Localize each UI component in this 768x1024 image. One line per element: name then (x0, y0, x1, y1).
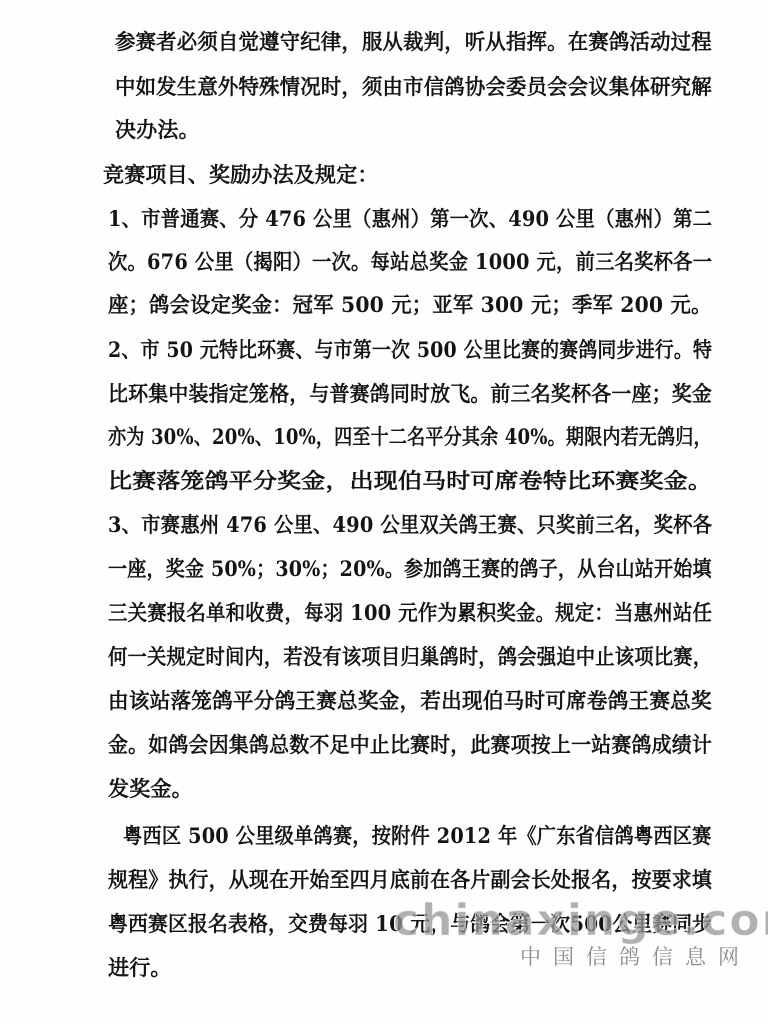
text-line: 粤西区 500 公里级单鸽赛，按附件 2012 年《广东省信鸽粤西区赛 (123, 822, 712, 850)
text-line: 亦为 30%、20%、10%，四至十二名平分其余 40%。期限内若无鸽归， (108, 423, 712, 451)
text-line: 由该站落笼鸽平分鸽王赛总奖金，若出现伯马时可席卷鸽王赛总奖 (108, 687, 712, 715)
text-line: 中如发生意外特殊情况时，须由市信鸽协会委员会会议集体研究解 (115, 73, 712, 101)
watermark-name: 中国信鸽信息网 (520, 944, 751, 970)
text-line: 三关赛报名单和收费，每羽 100 元作为累积奖金。规定：当惠州站任 (108, 599, 712, 627)
text-line: 1、市普通赛、分 476 公里（惠州）第一次、490 公里（惠州）第二 (108, 205, 712, 233)
text-line: 3、市赛惠州 476 公里、490 公里双关鸽王赛、只奖前三名，奖杯各 (108, 511, 712, 539)
text-line: 比赛落笼鸽平分奖金，出现伯马时可席卷特比环赛奖金。 (108, 467, 712, 495)
text-line: 一座，奖金 50%；30%；20%。参加鸽王赛的鸽子，从台山站开始填 (108, 555, 712, 583)
text-line: 发奖金。 (108, 775, 193, 803)
watermark-site: chinaxinge.com (393, 896, 768, 946)
text-line: 2、市 50 元特比环赛、与市第一次 500 公里比赛的赛鸽同步进行。特 (108, 336, 712, 364)
text-line: 比环集中装指定笼格，与普赛鸽同时放飞。前三名奖杯各一座；奖金 (108, 380, 712, 408)
text-line: 参赛者必须自觉遵守纪律，服从裁判，听从指挥。在赛鸽活动过程 (115, 28, 712, 56)
scanned-document-page: 参赛者必须自觉遵守纪律，服从裁判，听从指挥。在赛鸽活动过程中如发生意外特殊情况时… (0, 0, 768, 1024)
text-line: 座；鸽会设定奖金：冠军 500 元；亚军 300 元；季军 200 元。 (108, 291, 712, 319)
text-line: 决办法。 (115, 116, 200, 144)
text-line: 竞赛项目、奖励办法及规定： (103, 161, 379, 189)
text-line: 次。676 公里（揭阳）一次。每站总奖金 1000 元，前三名奖杯各一 (108, 248, 712, 276)
text-line: 规程》执行，从现在开始至四月底前在各片副会长处报名，按要求填 (108, 866, 712, 894)
text-line: 进行。 (108, 954, 172, 982)
text-line: 何一关规定时间内，若没有该项目归巢鸽时，鸽会强迫中止该项比赛， (108, 643, 712, 671)
text-line: 金。如鸽会因集鸽总数不足中止比赛时，此赛项按上一站赛鸽成绩计 (108, 731, 712, 759)
